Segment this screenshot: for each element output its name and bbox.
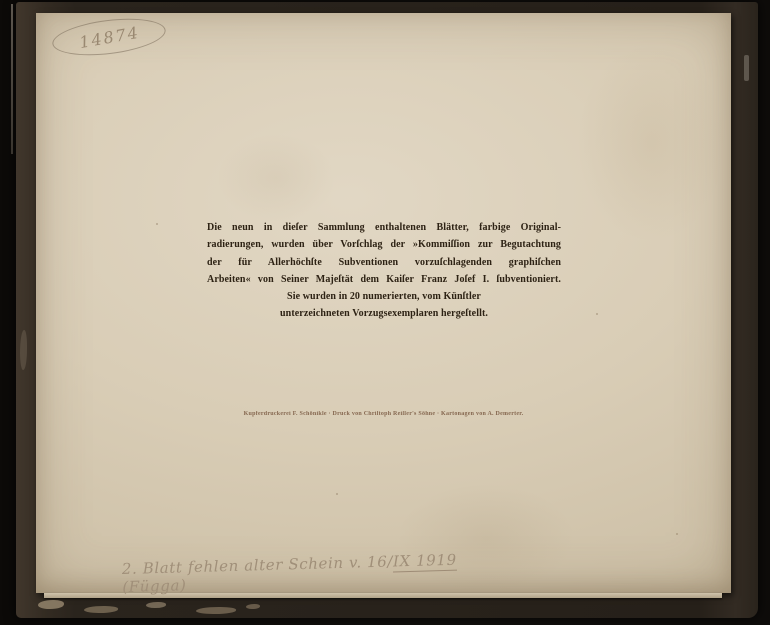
colophon-line: Sie wurden in 20 numerierten, vom Künſtl… [207,288,561,305]
colophon-line: Die neun in dieſer Sammlung enthaltenen … [207,219,561,236]
scanned-book-page: 14874 Die neun in dieſer Sammlung enthal… [0,0,770,625]
pencil-note-suffix: (Függa) [122,576,187,596]
paper-stain [576,43,726,243]
colophon-line: radierungen, wurden über Vorſchlag der »… [207,236,561,253]
colophon-line: der für Allerhöchſte Subventionen vorzuſ… [207,254,561,271]
paper-speck [676,533,678,535]
spine-highlight [11,4,13,154]
paper-speck [156,223,158,225]
board-wear-spot [744,55,749,81]
paper-stain [216,133,336,223]
pencil-note-date: IX 1919 [393,551,457,573]
paper-speck [596,313,598,315]
inventory-number: 14874 [77,22,140,51]
paper-speck [336,493,338,495]
colophon-text-block: Die neun in dieſer Sammlung enthaltenen … [207,219,561,323]
colophon-line: unterzeichneten Vorzugsexemplaren hergeſ… [207,305,561,322]
printer-imprint-line: Kupferdruckerei F. Schönikle · Druck von… [36,411,731,417]
colophon-line: Arbeiten« von Seiner Majeſtät dem Kaiſer… [207,271,561,288]
